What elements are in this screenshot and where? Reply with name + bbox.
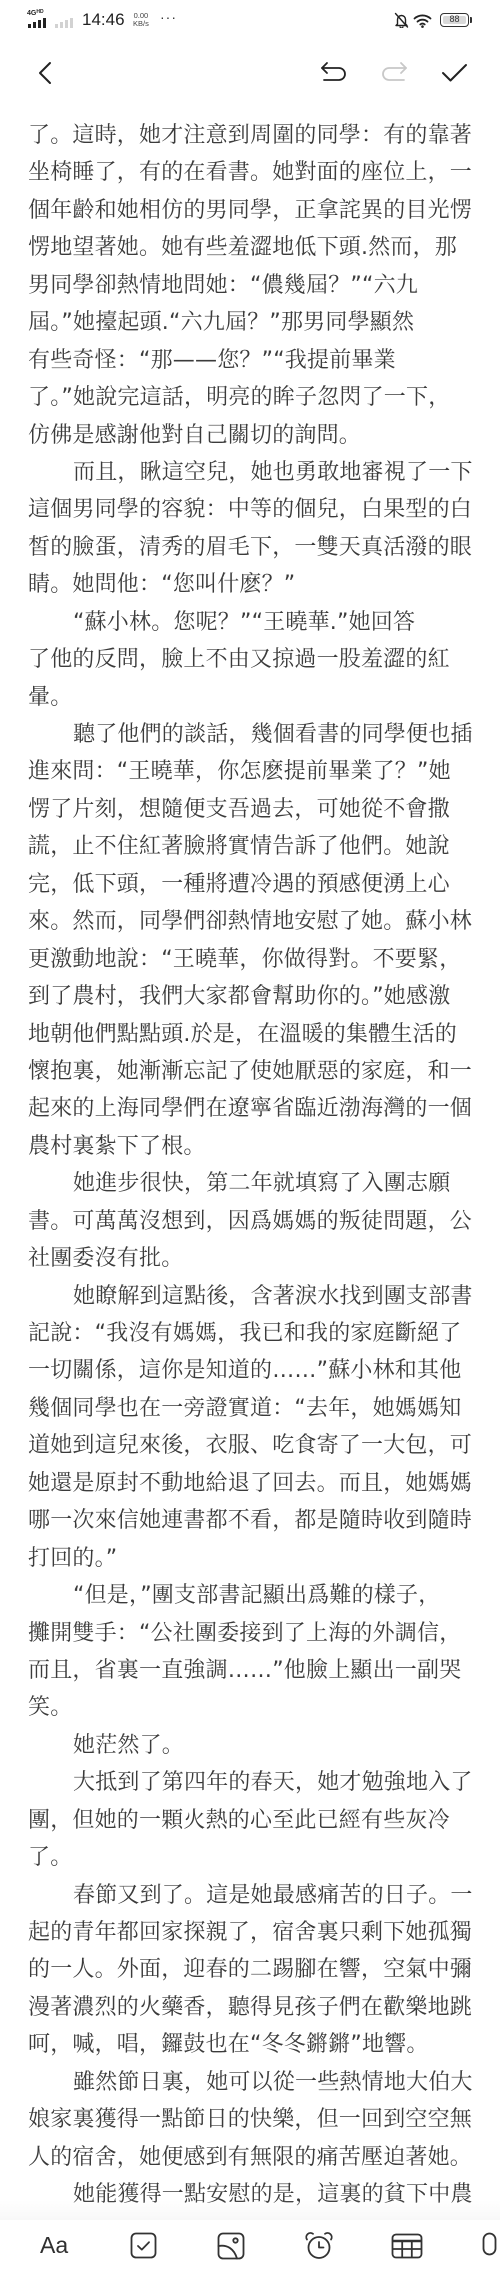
more-notifications-indicator: ··· <box>160 9 177 25</box>
insert-image-button[interactable] <box>217 2232 245 2260</box>
text-line[interactable]: 更激動地說：“王曉華，你做得對。不要緊， <box>28 941 488 978</box>
clock: 14:46 <box>82 10 125 30</box>
text-line[interactable]: 漫著濃烈的火藥香，聽得見孩子們在歡樂地跳 <box>28 1989 488 2026</box>
text-line[interactable]: “蘇小林。您呢？”“王曉華.”她回答 <box>28 604 488 641</box>
insert-table-button[interactable] <box>391 2233 423 2259</box>
text-line[interactable]: 懷抱裏，她漸漸忘記了使她厭惡的家庭，和一 <box>28 1053 488 1090</box>
text-line[interactable]: 書。可萬萬沒想到，因爲媽媽的叛徒問題，公 <box>28 1203 488 1240</box>
text-line[interactable]: 個年齡和她相仿的男同學，正拿詫異的目光愣 <box>28 192 488 229</box>
note-editor[interactable]: 了。這時，她才注意到周圍的同學：有的靠著 坐椅睡了，有的在看書。她對面的座位上，… <box>28 117 488 2214</box>
text-line[interactable]: 雖然節日裏，她可以從一些熱情地大伯大 <box>28 2064 488 2101</box>
undo-button[interactable] <box>318 61 350 85</box>
text-format-button[interactable]: Aa <box>40 2231 68 2259</box>
network-badge: HD <box>36 9 43 15</box>
text-line[interactable]: 團，但她的一顆火熱的心至此已經有些灰冷 <box>28 1802 488 1839</box>
checkmark-icon <box>443 65 466 81</box>
text-line[interactable]: 而且，瞅這空兒，她也勇敢地審視了一下 <box>28 454 488 491</box>
battery-nub <box>470 17 472 23</box>
text-line[interactable]: 道她到這兒來後，衣服、吃食寄了一大包，可 <box>28 1427 488 1464</box>
image-icon <box>219 2234 244 2259</box>
redo-icon <box>383 63 406 80</box>
toolbar-shadow <box>0 2200 500 2222</box>
text-line[interactable]: 呵，喊，唱，鑼鼓也在“冬冬鏘鏘”地響。 <box>28 2026 488 2063</box>
text-line[interactable]: 睛。她問他：“您叫什麽？” <box>28 566 488 603</box>
text-line[interactable]: 她進步很快，第二年就填寫了入團志願 <box>28 1165 488 1202</box>
text-line[interactable]: 到了農村，我們大家都會幫助你的。”她感激 <box>28 978 488 1015</box>
text-line[interactable]: 地朝他們點點頭.於是，在溫暖的集體生活的 <box>28 1016 488 1053</box>
reminder-button[interactable] <box>304 2231 334 2261</box>
text-line[interactable]: 哪一次來信她連書都不看，都是隨時收到隨時 <box>28 1502 488 1539</box>
text-line[interactable]: 皙的臉蛋，清秀的眉毛下，一雙天真活潑的眼 <box>28 529 488 566</box>
text-line[interactable]: 愣地望著她。她有些羞澀地低下頭.然而，那 <box>28 229 488 266</box>
text-line[interactable]: 了。這時，她才注意到周圍的同學：有的靠著 <box>28 117 488 154</box>
text-line[interactable]: 進來問：“王曉華，你怎麽提前畢業了？”她 <box>28 753 488 790</box>
text-line[interactable]: 農村裏紮下了根。 <box>28 1128 488 1165</box>
table-icon <box>393 2235 422 2258</box>
paragraph[interactable]: 而且，瞅這空兒，她也勇敢地審視了一下 這個男同學的容貌：中等的個兒，白果型的白 … <box>28 454 488 604</box>
text-line[interactable]: “但是，”團支部書記顯出爲難的樣子， <box>28 1577 488 1614</box>
text-line[interactable]: 這個男同學的容貌：中等的個兒，白果型的白 <box>28 491 488 528</box>
text-line[interactable]: 仿佛是感謝他對自己關切的詢問。 <box>28 417 488 454</box>
text-line[interactable]: 幾個同學也在一旁證實道：“去年，她媽媽知 <box>28 1390 488 1427</box>
paragraph[interactable]: “但是，”團支部書記顯出爲難的樣子， 攤開雙手：“公社團委接到了上海的外調信， … <box>28 1577 488 1727</box>
microphone-icon <box>484 2234 496 2255</box>
paragraph[interactable]: 大抵到了第四年的春天，她才勉強地入了 團，但她的一顆火熱的心至此已經有些灰冷 了… <box>28 1764 488 1876</box>
done-button[interactable] <box>441 63 469 83</box>
text-line[interactable]: 有些奇怪：“那——您？”“我提前畢業 <box>28 342 488 379</box>
text-line[interactable]: 娘家裏獲得一點節日的快樂，但一回到空空無 <box>28 2101 488 2138</box>
undo-icon <box>322 63 345 80</box>
voice-input-button[interactable] <box>482 2232 500 2262</box>
text-line[interactable]: 她瞭解到這點後，含著淚水找到團支部書 <box>28 1278 488 1315</box>
battery-level: 88 <box>441 14 468 26</box>
text-line[interactable]: 屆。”她擡起頭.“六九屆？”那男同學顯然 <box>28 304 488 341</box>
bell-off-icon <box>394 12 409 28</box>
back-button[interactable] <box>35 61 55 85</box>
wifi-icon <box>413 13 432 28</box>
text-line[interactable]: 她茫然了。 <box>28 1727 488 1764</box>
cellular-signal-icon <box>28 18 48 28</box>
text-line[interactable]: 了。 <box>28 1839 488 1876</box>
text-line[interactable]: 春節又到了。這是她最感痛苦的日子。一 <box>28 1877 488 1914</box>
text-line[interactable]: 打回的。” <box>28 1540 488 1577</box>
text-line[interactable]: 攤開雙手：“公社團委接到了上海的外調信， <box>28 1615 488 1652</box>
text-line[interactable]: 了他的反問，臉上不由又掠過一股羞澀的紅 <box>28 641 488 678</box>
text-line[interactable]: 了。”她說完這話，明亮的眸子忽閃了一下， <box>28 379 488 416</box>
network-speed: 0.00 KB/s <box>133 12 149 28</box>
text-line[interactable]: 男同學卻熱情地問她：“儂幾屆？”“六九 <box>28 267 488 304</box>
text-line[interactable]: 來。然而，同學們卻熱情地安慰了她。蘇小林 <box>28 903 488 940</box>
network-speed-unit: KB/s <box>133 20 149 28</box>
text-line[interactable]: 聽了他們的談話，幾個看書的同學便也插 <box>28 716 488 753</box>
text-line[interactable]: 暈。 <box>28 679 488 716</box>
paragraph[interactable]: 她進步很快，第二年就填寫了入團志願 書。可萬萬沒想到，因爲媽媽的叛徒問題，公 社… <box>28 1165 488 1277</box>
cellular-signal-secondary-icon <box>55 18 75 28</box>
text-line[interactable]: 坐椅睡了，有的在看書。她對面的座位上，一 <box>28 154 488 191</box>
checkbox-icon <box>132 2234 156 2258</box>
text-line[interactable]: 一切關係，這你是知道的……”蘇小林和其他 <box>28 1352 488 1389</box>
text-line[interactable]: 社團委沒有批。 <box>28 1240 488 1277</box>
format-toolbar: Aa <box>0 2220 500 2273</box>
text-line[interactable]: 完，低下頭，一種將遭冷遇的預感便湧上心 <box>28 866 488 903</box>
editor-header <box>0 42 500 104</box>
text-line[interactable]: 她還是原封不動地給退了回去。而且，她媽媽 <box>28 1465 488 1502</box>
text-line[interactable]: 的一人。外面，迎春的二踢腳在響，空氣中彌 <box>28 1951 488 1988</box>
text-line[interactable]: 愣了片刻，想隨便支吾過去，可她從不會撒 <box>28 791 488 828</box>
network-type-label: 4GHD <box>27 10 44 17</box>
text-line[interactable]: 起的青年都回家探親了，宿舍裏只剩下她孤獨 <box>28 1914 488 1951</box>
paragraph[interactable]: 了。這時，她才注意到周圍的同學：有的靠著 坐椅睡了，有的在看書。她對面的座位上，… <box>28 117 488 454</box>
alarm-clock-icon <box>306 2233 331 2258</box>
text-line[interactable]: 記說：“我沒有媽媽，我已和我的家庭斷絕了 <box>28 1315 488 1352</box>
paragraph[interactable]: “蘇小林。您呢？”“王曉華.”她回答 了他的反問，臉上不由又掠過一股羞澀的紅 暈… <box>28 604 488 716</box>
network-type: 4G <box>27 10 36 17</box>
paragraph[interactable]: 聽了他們的談話，幾個看書的同學便也插 進來問：“王曉華，你怎麽提前畢業了？”她 … <box>28 716 488 1165</box>
text-line[interactable]: 笑。 <box>28 1689 488 1726</box>
battery-icon: 88 <box>440 13 469 27</box>
checklist-button[interactable] <box>130 2232 157 2259</box>
text-line[interactable]: 起來的上海同學們在遼寧省臨近渤海灣的一個 <box>28 1090 488 1127</box>
text-line[interactable]: 而且，省裏一直強調……”他臉上顯出一副哭 <box>28 1652 488 1689</box>
paragraph[interactable]: 雖然節日裏，她可以從一些熱情地大伯大 娘家裏獲得一點節日的快樂，但一回到空空無 … <box>28 2064 488 2176</box>
redo-button[interactable] <box>378 61 410 85</box>
status-bar: 4GHD 14:46 0.00 KB/s ··· 88 <box>0 0 500 42</box>
paragraph[interactable]: 她瞭解到這點後，含著淚水找到團支部書 記說：“我沒有媽媽，我已和我的家庭斷絕了 … <box>28 1278 488 1578</box>
paragraph[interactable]: 她茫然了。 <box>28 1727 488 1764</box>
paragraph[interactable]: 春節又到了。這是她最感痛苦的日子。一 起的青年都回家探親了，宿舍裏只剩下她孤獨 … <box>28 1877 488 2064</box>
text-line[interactable]: 大抵到了第四年的春天，她才勉強地入了 <box>28 1764 488 1801</box>
text-line[interactable]: 人的宿舍，她便感到有無限的痛苦壓迫著她。 <box>28 2139 488 2176</box>
chevron-left-icon <box>40 63 50 83</box>
text-line[interactable]: 謊，止不住紅著臉將實情告訴了他們。她說 <box>28 828 488 865</box>
